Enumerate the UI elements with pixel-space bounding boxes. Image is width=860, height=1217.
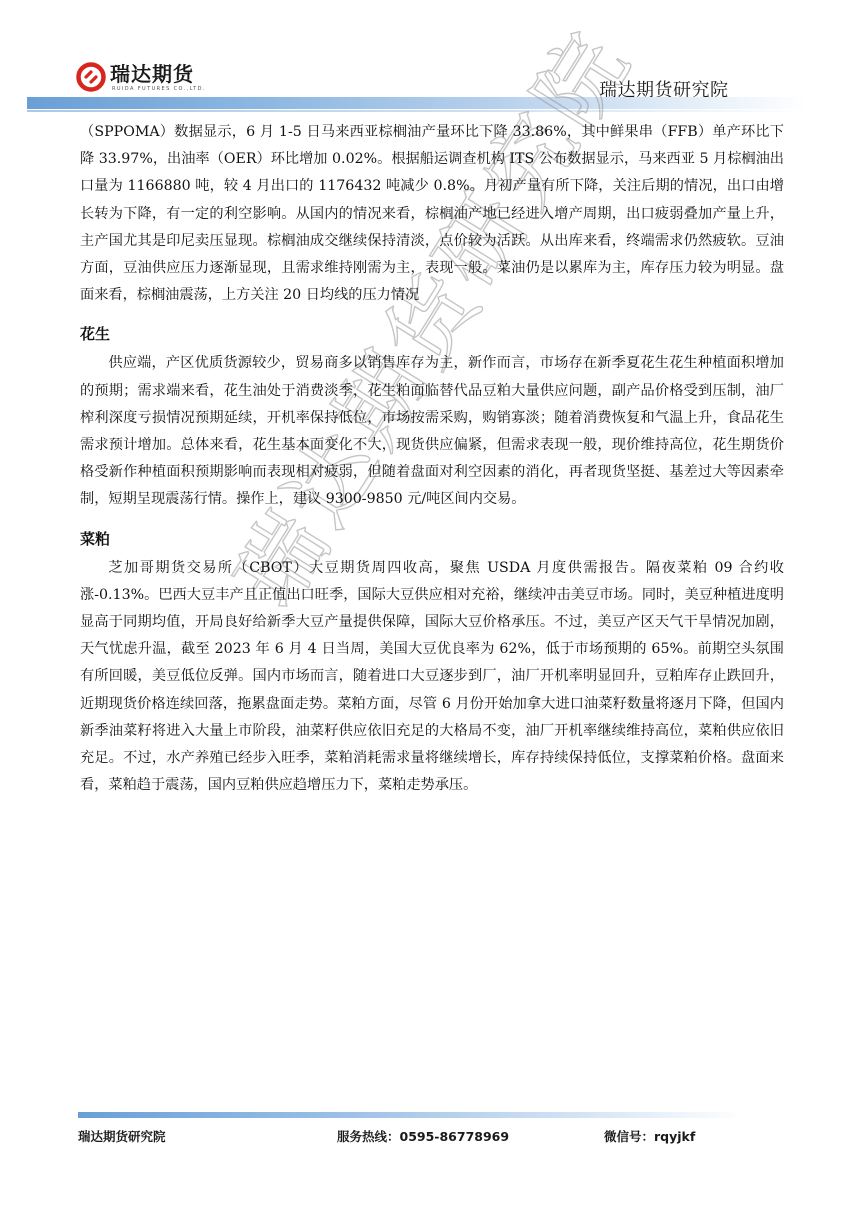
logo-chinese-name: 瑞达期货: [110, 62, 206, 86]
company-logo: 瑞达期货 RUIDA FUTURES CO.,LTD.: [76, 62, 206, 92]
footer-hotline: 服务热线：0595-86778969: [337, 1127, 509, 1145]
page-footer: 瑞达期货研究院 服务热线：0595-86778969 微信号：rqyjkf: [78, 1127, 778, 1149]
palm-oil-paragraph: （SPPOMA）数据显示，6 月 1-5 日马来西亚棕榈油产量环比下降 33.8…: [80, 119, 784, 309]
peanut-paragraph: 供应端，产区优质货源较少，贸易商多以销售库存为主，新作而言，市场存在新季夏花生花…: [80, 350, 784, 513]
report-body: （SPPOMA）数据显示，6 月 1-5 日马来西亚棕榈油产量环比下降 33.8…: [80, 119, 784, 799]
section-title-rapeseed-meal: 菜粕: [80, 526, 784, 553]
footer-institute-name: 瑞达期货研究院: [78, 1127, 166, 1145]
logo-english-name: RUIDA FUTURES CO.,LTD.: [112, 86, 206, 92]
page-header: 瑞达期货 RUIDA FUTURES CO.,LTD. 瑞达期货研究院: [0, 0, 860, 112]
footer-gradient-band: [78, 1112, 744, 1118]
rapeseed-meal-paragraph: 芝加哥期货交易所（CBOT）大豆期货周四收高，聚焦 USDA 月度供需报告。隔夜…: [80, 555, 784, 800]
header-divider: [27, 110, 807, 112]
section-title-peanut: 花生: [80, 321, 784, 348]
header-gradient-band: [27, 97, 807, 109]
ruida-logo-icon: [76, 62, 106, 92]
footer-wechat-id: 微信号：rqyjkf: [604, 1127, 695, 1145]
